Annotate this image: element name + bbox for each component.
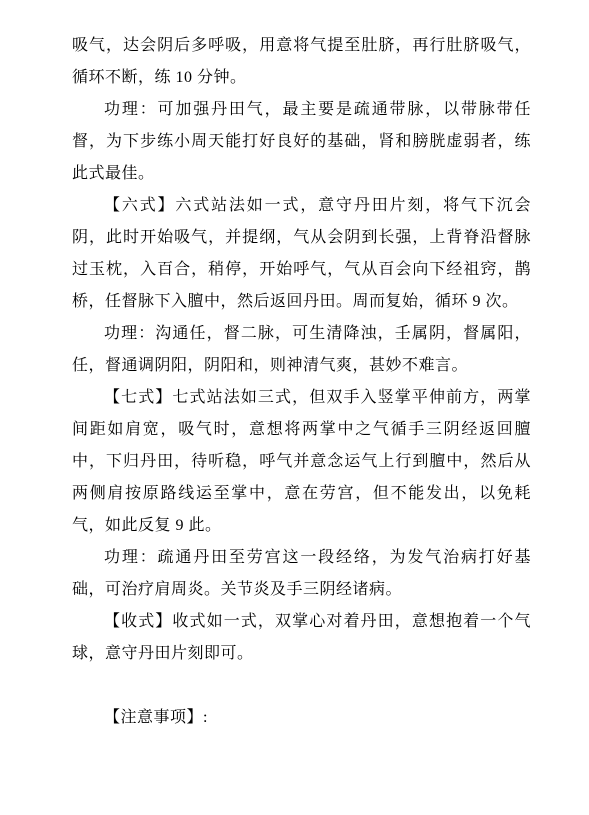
paragraph-gongli-six: 功理：沟通任，督二脉，可生清降浊，壬属阴，督属阳，任，督通调阴阳，阴阳和，则神清…: [72, 318, 531, 382]
paragraph-closing-form: 【收式】收式如一式，双掌心对着丹田，意想抱着一个气球，意守丹田片刻即可。: [72, 606, 531, 670]
paragraph-breathing-continuation: 吸气，达会阴后多呼吸，用意将气提至肚脐，再行肚脐吸气，循环不断，练 10 分钟。: [72, 30, 531, 94]
document-page: 吸气，达会阴后多呼吸，用意将气提至肚脐，再行肚脐吸气，循环不断，练 10 分钟。…: [0, 0, 589, 815]
paragraph-notes-heading: 【注意事项】:: [72, 702, 531, 734]
paragraph-form-seven: 【七式】七式站法如三式，但双手入竖掌平伸前方，两掌间距如肩宽，吸气时，意想将两掌…: [72, 382, 531, 542]
paragraph-gongli-five: 功理：可加强丹田气，最主要是疏通带脉，以带脉带任督，为下步练小周天能打好良好的基…: [72, 94, 531, 190]
paragraph-gongli-seven: 功理：疏通丹田至劳宫这一段经络，为发气治病打好基础，可治疗肩周炎。关节炎及手三阴…: [72, 542, 531, 606]
paragraph-form-six: 【六式】六式站法如一式，意守丹田片刻，将气下沉会阴，此时开始吸气，并提纲，气从会…: [72, 190, 531, 318]
